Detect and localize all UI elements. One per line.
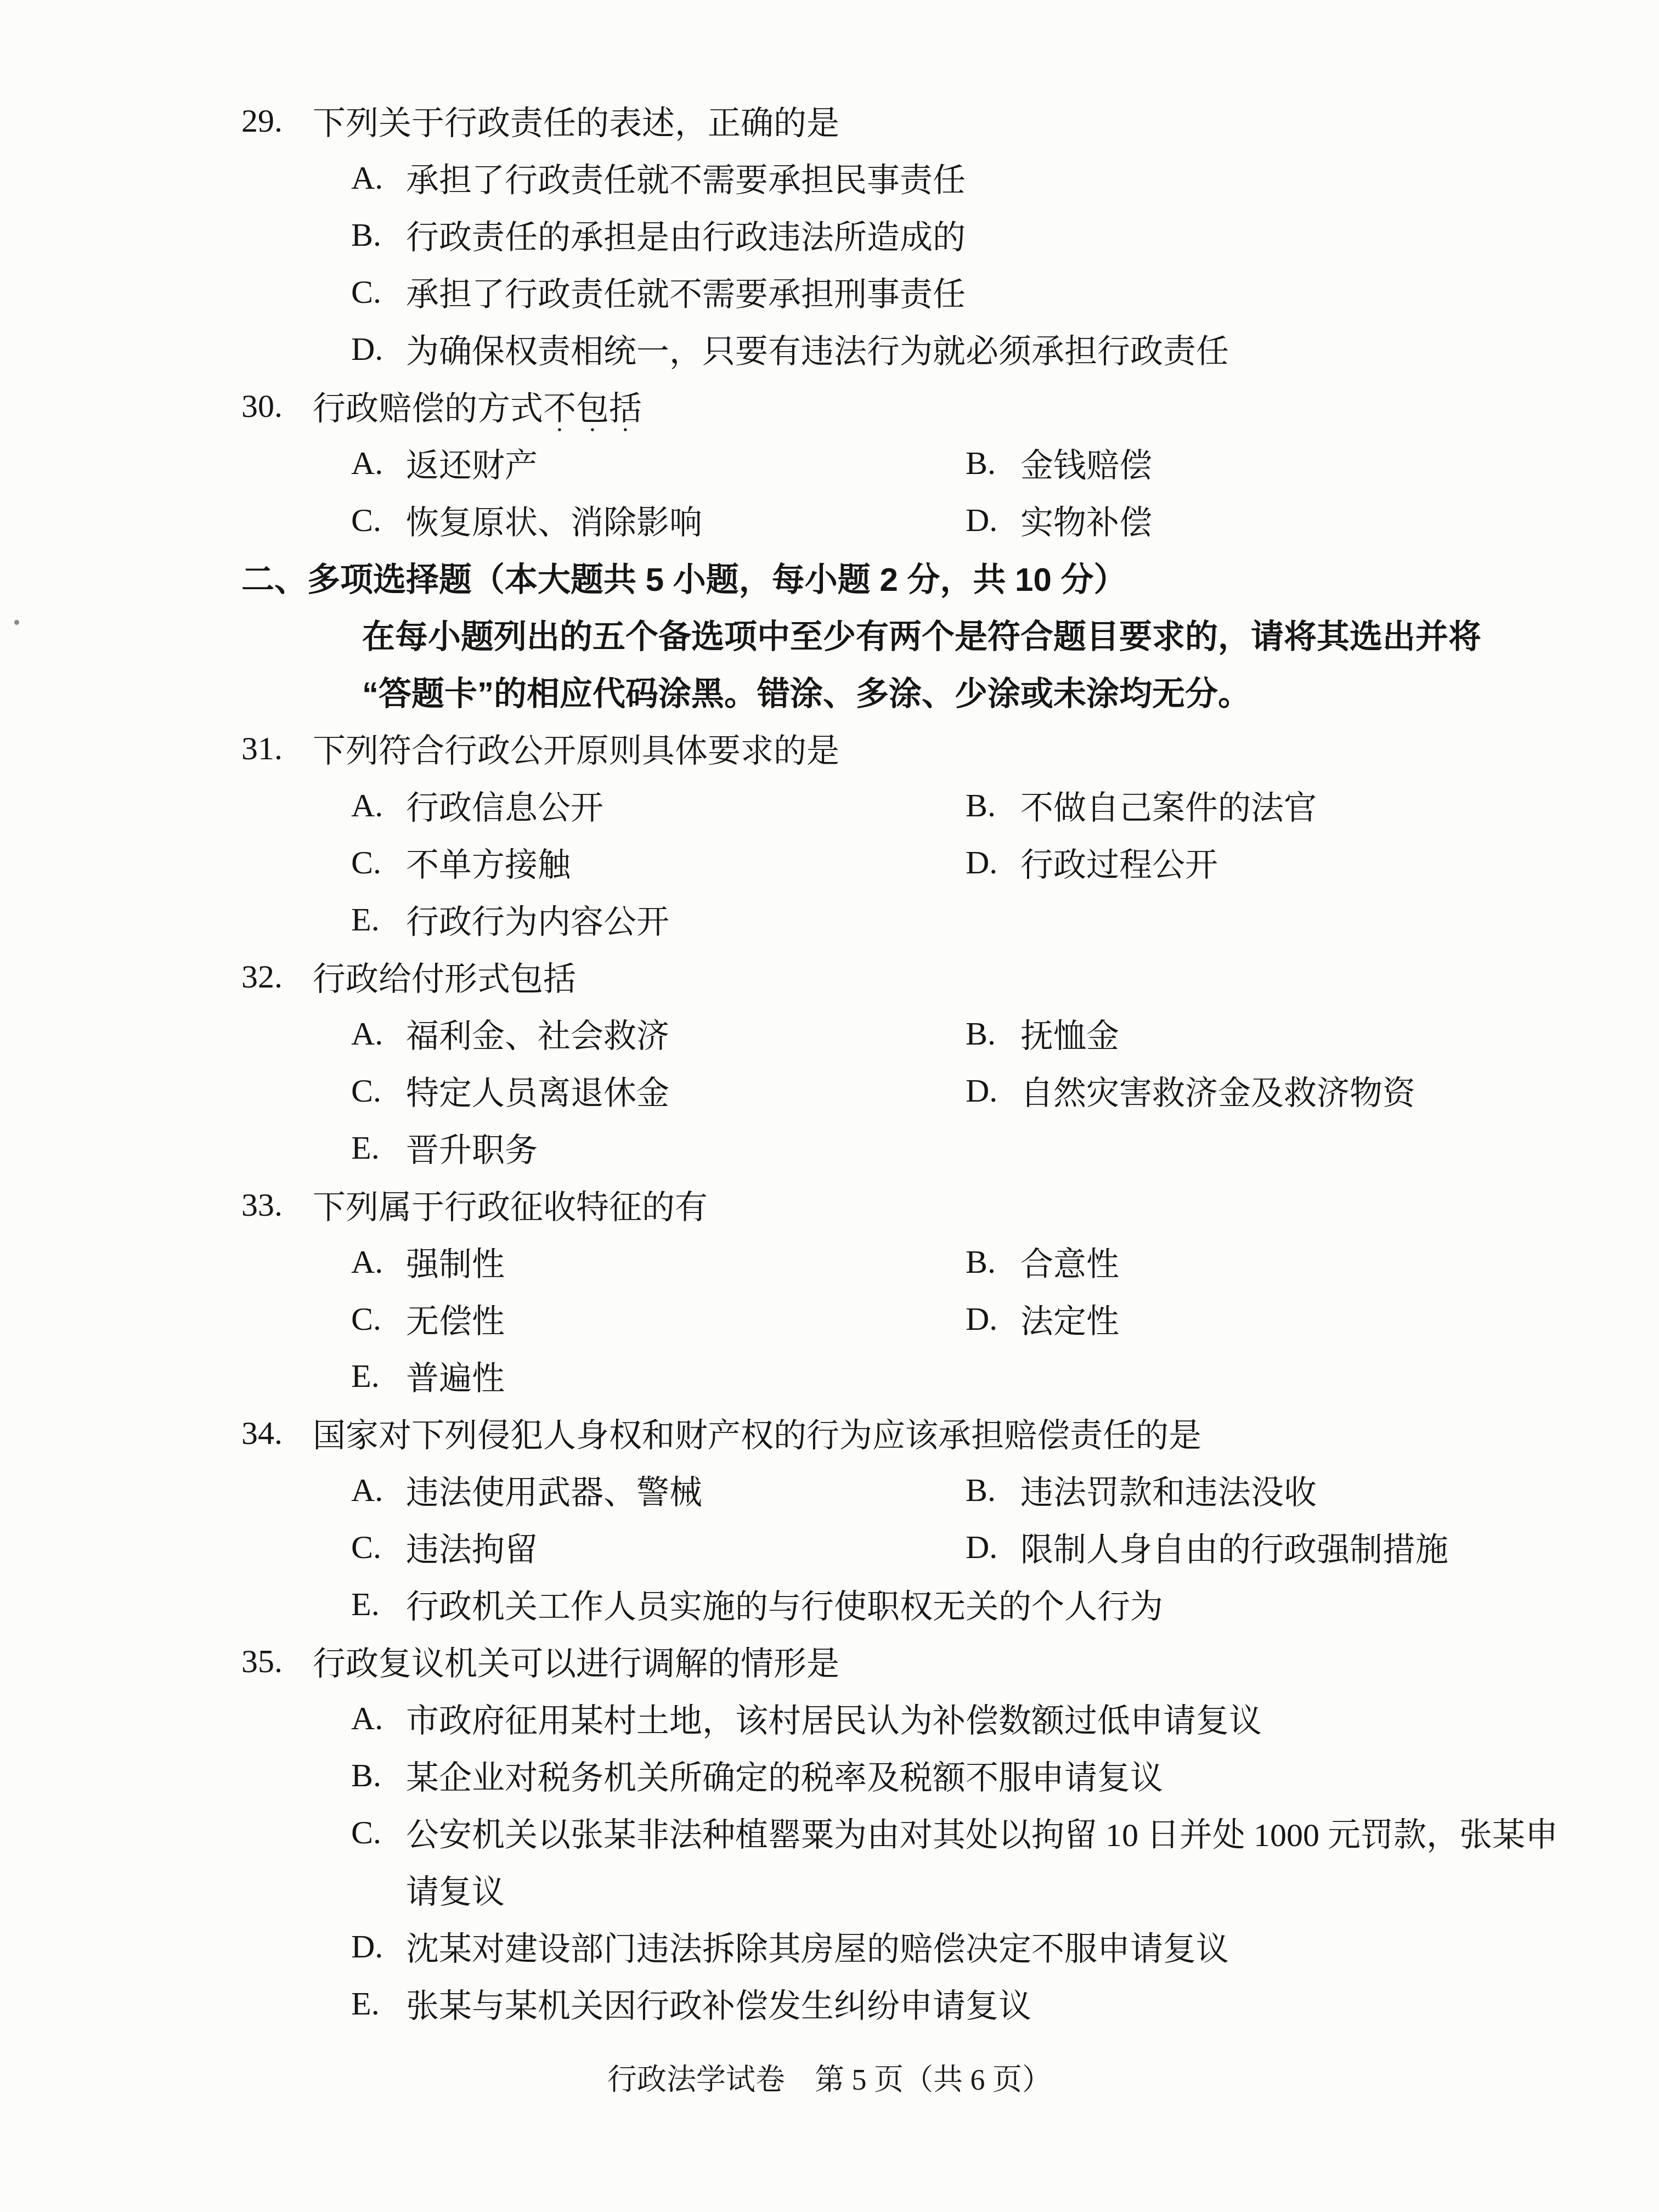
option-text: 特定人员离退休金: [406, 1067, 669, 1114]
option-label: D.: [966, 844, 1020, 882]
section-title: 多项选择题: [307, 554, 472, 601]
option-32-d: D. 自然灾害救济金及救济物资: [966, 1062, 1599, 1119]
question-text: 下列关于行政责任的表述，正确的是: [313, 97, 839, 144]
option-text: 行政行为内容公开: [406, 896, 669, 943]
option-31-e: E. 行政行为内容公开: [351, 891, 1599, 948]
option-label: E.: [351, 1129, 406, 1167]
exam-paper-page: 29. 下列关于行政责任的表述，正确的是 A. 承担了行政责任就不需要承担民事责…: [0, 0, 1659, 2212]
option-label: B.: [351, 216, 406, 254]
option-text: 恢复原状、消除影响: [406, 496, 702, 544]
option-34-a: A. 违法使用武器、警械: [351, 1462, 966, 1519]
option-label: D.: [351, 1928, 406, 1966]
option-label: C.: [351, 844, 406, 882]
option-text: 法定性: [1020, 1295, 1119, 1342]
option-label: A.: [351, 787, 406, 825]
option-label: C.: [351, 1300, 406, 1338]
option-label: D.: [966, 1072, 1020, 1110]
scan-artifact: [14, 620, 19, 625]
option-text: 返还财产: [406, 439, 538, 487]
option-label: C.: [351, 1072, 406, 1110]
question-31-stem: 31. 下列符合行政公开原则具体要求的是: [241, 720, 1599, 777]
question-35: 35. 行政复议机关可以进行调解的情形是 A. 市政府征用某村土地，该村居民认为…: [241, 1633, 1599, 2032]
option-33-b: B. 合意性: [966, 1233, 1599, 1290]
option-text: 行政过程公开: [1020, 839, 1218, 886]
question-30-stem: 30. 行政赔偿的方式不·包·括·: [241, 377, 1599, 435]
option-label: A.: [351, 1700, 406, 1737]
option-text: 违法罚款和违法没收: [1020, 1466, 1317, 1514]
question-30-options: A. 返还财产 B. 金钱赔偿 C. 恢复原状、消除影响 D. 实物补偿: [351, 435, 1599, 549]
question-number: 35.: [241, 1643, 313, 1680]
option-text: 行政责任的承担是由行政违法所造成的: [406, 211, 966, 258]
option-32-a: A. 福利金、社会救济: [351, 1005, 966, 1062]
option-text: 公安机关以张某非法种植罂粟为由对其处以拘留 10 日并处 1000 元罚款，张某…: [406, 1809, 1558, 1856]
question-text: 行政复议机关可以进行调解的情形是: [313, 1638, 839, 1685]
option-text: 自然灾害救济金及救济物资: [1020, 1067, 1415, 1114]
emphasis-dot: ·: [621, 417, 629, 443]
question-31: 31. 下列符合行政公开原则具体要求的是 A. 行政信息公开 B. 不做自己案件…: [241, 720, 1599, 948]
option-text: 行政机关工作人员实施的与行使职权无关的个人行为: [406, 1581, 1163, 1628]
option-label: A.: [351, 159, 406, 197]
option-text: 金钱赔偿: [1020, 439, 1152, 487]
option-text: 为确保权责相统一，只要有违法行为就必须承担行政责任: [406, 325, 1229, 373]
option-29-c: C. 承担了行政责任就不需要承担刑事责任: [351, 263, 1599, 320]
section-2-instruction-line-1: 在每小题列出的五个备选项中至少有两个是符合题目要求的，请将其选出并将: [362, 606, 1599, 663]
option-text: 晋升职务: [406, 1124, 538, 1171]
question-32-stem: 32. 行政给付形式包括: [241, 948, 1599, 1005]
option-text: 违法拘留: [406, 1523, 538, 1571]
option-label: D.: [966, 1300, 1020, 1338]
section-number: 二、: [241, 554, 307, 601]
option-34-b: B. 违法罚款和违法没收: [966, 1462, 1599, 1519]
section-points-note: （本大题共 5 小题，每小题 2 分，共 10 分）: [472, 554, 1127, 601]
option-33-a: A. 强制性: [351, 1233, 966, 1290]
option-34-c: C. 违法拘留: [351, 1519, 966, 1576]
option-text: 福利金、社会救济: [406, 1010, 669, 1057]
option-text: 沈某对建设部门违法拆除其房屋的赔偿决定不服申请复议: [406, 1923, 1229, 1970]
option-label: C.: [351, 1528, 406, 1566]
option-label: D.: [966, 1528, 1020, 1566]
question-33: 33. 下列属于行政征收特征的有 A. 强制性 B. 合意性 C. 无偿性 D.: [241, 1176, 1599, 1404]
option-text: 抚恤金: [1020, 1010, 1119, 1057]
option-31-d: D. 行政过程公开: [966, 834, 1599, 891]
option-text: 不做自己案件的法官: [1020, 782, 1317, 829]
emphasized-char: 括·: [609, 382, 642, 430]
question-32: 32. 行政给付形式包括 A. 福利金、社会救济 B. 抚恤金 C. 特定人员离…: [241, 948, 1599, 1176]
option-text: 请复议: [406, 1866, 505, 1913]
question-32-options: A. 福利金、社会救济 B. 抚恤金 C. 特定人员离退休金 D. 自然灾害救济…: [351, 1005, 1599, 1176]
option-29-d: D. 为确保权责相统一，只要有违法行为就必须承担行政责任: [351, 320, 1599, 377]
option-35-a: A. 市政府征用某村土地，该村居民认为补偿数额过低申请复议: [351, 1690, 1599, 1747]
option-35-c-continuation: 请复议: [351, 1861, 1599, 1918]
question-35-stem: 35. 行政复议机关可以进行调解的情形是: [241, 1633, 1599, 1690]
question-34: 34. 国家对下列侵犯人身权和财产权的行为应该承担赔偿责任的是 A. 违法使用武…: [241, 1404, 1599, 1633]
option-text: 承担了行政责任就不需要承担民事责任: [406, 154, 966, 201]
option-text: 限制人身自由的行政强制措施: [1020, 1523, 1448, 1571]
option-text: 强制性: [406, 1238, 505, 1285]
question-text: 下列符合行政公开原则具体要求的是: [313, 725, 839, 772]
option-text: 普遍性: [406, 1352, 505, 1400]
option-label: D.: [351, 330, 406, 368]
option-label: A.: [351, 1243, 406, 1281]
question-number: 29.: [241, 102, 313, 140]
option-30-c: C. 恢复原状、消除影响: [351, 492, 966, 549]
emphasized-char: 不·: [543, 382, 576, 430]
option-label: E.: [351, 1585, 406, 1623]
question-33-stem: 33. 下列属于行政征收特征的有: [241, 1176, 1599, 1233]
option-35-d: D. 沈某对建设部门违法拆除其房屋的赔偿决定不服申请复议: [351, 1918, 1599, 1975]
question-35-options: A. 市政府征用某村土地，该村居民认为补偿数额过低申请复议 B. 某企业对税务机…: [351, 1690, 1599, 2032]
question-number: 32.: [241, 958, 313, 996]
option-label: A.: [351, 444, 406, 482]
option-text: 某企业对税务机关所确定的税率及税额不服申请复议: [406, 1752, 1163, 1799]
option-label: E.: [351, 1985, 406, 2023]
option-31-a: A. 行政信息公开: [351, 777, 966, 834]
question-text: 国家对下列侵犯人身权和财产权的行为应该承担赔偿责任的是: [313, 1409, 1201, 1457]
option-label: C.: [351, 501, 406, 539]
question-34-stem: 34. 国家对下列侵犯人身权和财产权的行为应该承担赔偿责任的是: [241, 1404, 1599, 1462]
question-29: 29. 下列关于行政责任的表述，正确的是 A. 承担了行政责任就不需要承担民事责…: [241, 92, 1599, 377]
question-number: 34.: [241, 1414, 313, 1452]
option-label: B.: [966, 1015, 1020, 1053]
question-number: 31.: [241, 730, 313, 768]
option-label: B.: [966, 444, 1020, 482]
option-label: E.: [351, 1357, 406, 1395]
section-2-instruction-line-2: “答题卡”的相应代码涂黑。错涂、多涂、少涂或未涂均无分。: [362, 663, 1599, 720]
option-33-e: E. 普遍性: [351, 1347, 1599, 1404]
option-32-b: B. 抚恤金: [966, 1005, 1599, 1062]
option-30-b: B. 金钱赔偿: [966, 435, 1599, 492]
option-30-a: A. 返还财产: [351, 435, 966, 492]
option-32-e: E. 晋升职务: [351, 1119, 1599, 1176]
option-label: E.: [351, 901, 406, 939]
option-31-c: C. 不单方接触: [351, 834, 966, 891]
option-text: 违法使用武器、警械: [406, 1466, 702, 1514]
option-label: D.: [966, 501, 1020, 539]
option-text: 不单方接触: [406, 839, 571, 886]
section-2-heading: 二、 多项选择题 （本大题共 5 小题，每小题 2 分，共 10 分）: [241, 549, 1599, 606]
question-text: 行政赔偿的方式不·包·括·: [313, 382, 642, 430]
question-34-options: A. 违法使用武器、警械 B. 违法罚款和违法没收 C. 违法拘留 D. 限制人…: [351, 1462, 1599, 1633]
question-33-options: A. 强制性 B. 合意性 C. 无偿性 D. 法定性 E. 普遍性: [351, 1233, 1599, 1404]
question-number: 33.: [241, 1186, 313, 1224]
question-number: 30.: [241, 387, 313, 425]
page-content: 29. 下列关于行政责任的表述，正确的是 A. 承担了行政责任就不需要承担民事责…: [241, 92, 1599, 2032]
stem-prefix: 行政赔偿的方式: [313, 391, 543, 427]
option-label: B.: [966, 1243, 1020, 1281]
question-text: 行政给付形式包括: [313, 953, 576, 1000]
question-30: 30. 行政赔偿的方式不·包·括· A. 返还财产 B. 金钱赔偿 C. 恢复原…: [241, 377, 1599, 549]
question-29-options: A. 承担了行政责任就不需要承担民事责任 B. 行政责任的承担是由行政违法所造成…: [351, 149, 1599, 377]
option-33-d: D. 法定性: [966, 1290, 1599, 1347]
option-32-c: C. 特定人员离退休金: [351, 1062, 966, 1119]
option-text: 合意性: [1020, 1238, 1119, 1285]
option-35-b: B. 某企业对税务机关所确定的税率及税额不服申请复议: [351, 1747, 1599, 1804]
option-label: B.: [351, 1757, 406, 1795]
question-31-options: A. 行政信息公开 B. 不做自己案件的法官 C. 不单方接触 D. 行政过程公…: [351, 777, 1599, 948]
option-text: 实物补偿: [1020, 496, 1152, 544]
option-text: 市政府征用某村土地，该村居民认为补偿数额过低申请复议: [406, 1695, 1262, 1742]
question-text: 下列属于行政征收特征的有: [313, 1181, 708, 1228]
emphasis-dot: ·: [588, 417, 596, 443]
page-footer: 行政法学试卷 第 5 页（共 6 页）: [607, 2056, 1052, 2098]
option-34-d: D. 限制人身自由的行政强制措施: [966, 1519, 1599, 1576]
question-29-stem: 29. 下列关于行政责任的表述，正确的是: [241, 92, 1599, 149]
option-text: 张某与某机关因行政补偿发生纠纷申请复议: [406, 1980, 1031, 2027]
option-33-c: C. 无偿性: [351, 1290, 966, 1347]
option-30-d: D. 实物补偿: [966, 492, 1599, 549]
option-31-b: B. 不做自己案件的法官: [966, 777, 1599, 834]
option-label: B.: [966, 1471, 1020, 1509]
option-34-e: E. 行政机关工作人员实施的与行使职权无关的个人行为: [351, 1576, 1599, 1633]
option-label: A.: [351, 1015, 406, 1053]
option-35-e: E. 张某与某机关因行政补偿发生纠纷申请复议: [351, 1975, 1599, 2032]
option-text: 无偿性: [406, 1295, 505, 1342]
option-29-b: B. 行政责任的承担是由行政违法所造成的: [351, 206, 1599, 263]
emphasis-dot: ·: [555, 417, 563, 443]
option-label: B.: [966, 787, 1020, 825]
option-35-c: C. 公安机关以张某非法种植罂粟为由对其处以拘留 10 日并处 1000 元罚款…: [351, 1804, 1599, 1861]
emphasized-char: 包·: [576, 382, 609, 430]
option-label: C.: [351, 273, 406, 311]
option-text: 承担了行政责任就不需要承担刑事责任: [406, 268, 966, 315]
option-label: A.: [351, 1471, 406, 1509]
option-label: C.: [351, 1814, 406, 1852]
option-text: 行政信息公开: [406, 782, 603, 829]
option-29-a: A. 承担了行政责任就不需要承担民事责任: [351, 149, 1599, 206]
